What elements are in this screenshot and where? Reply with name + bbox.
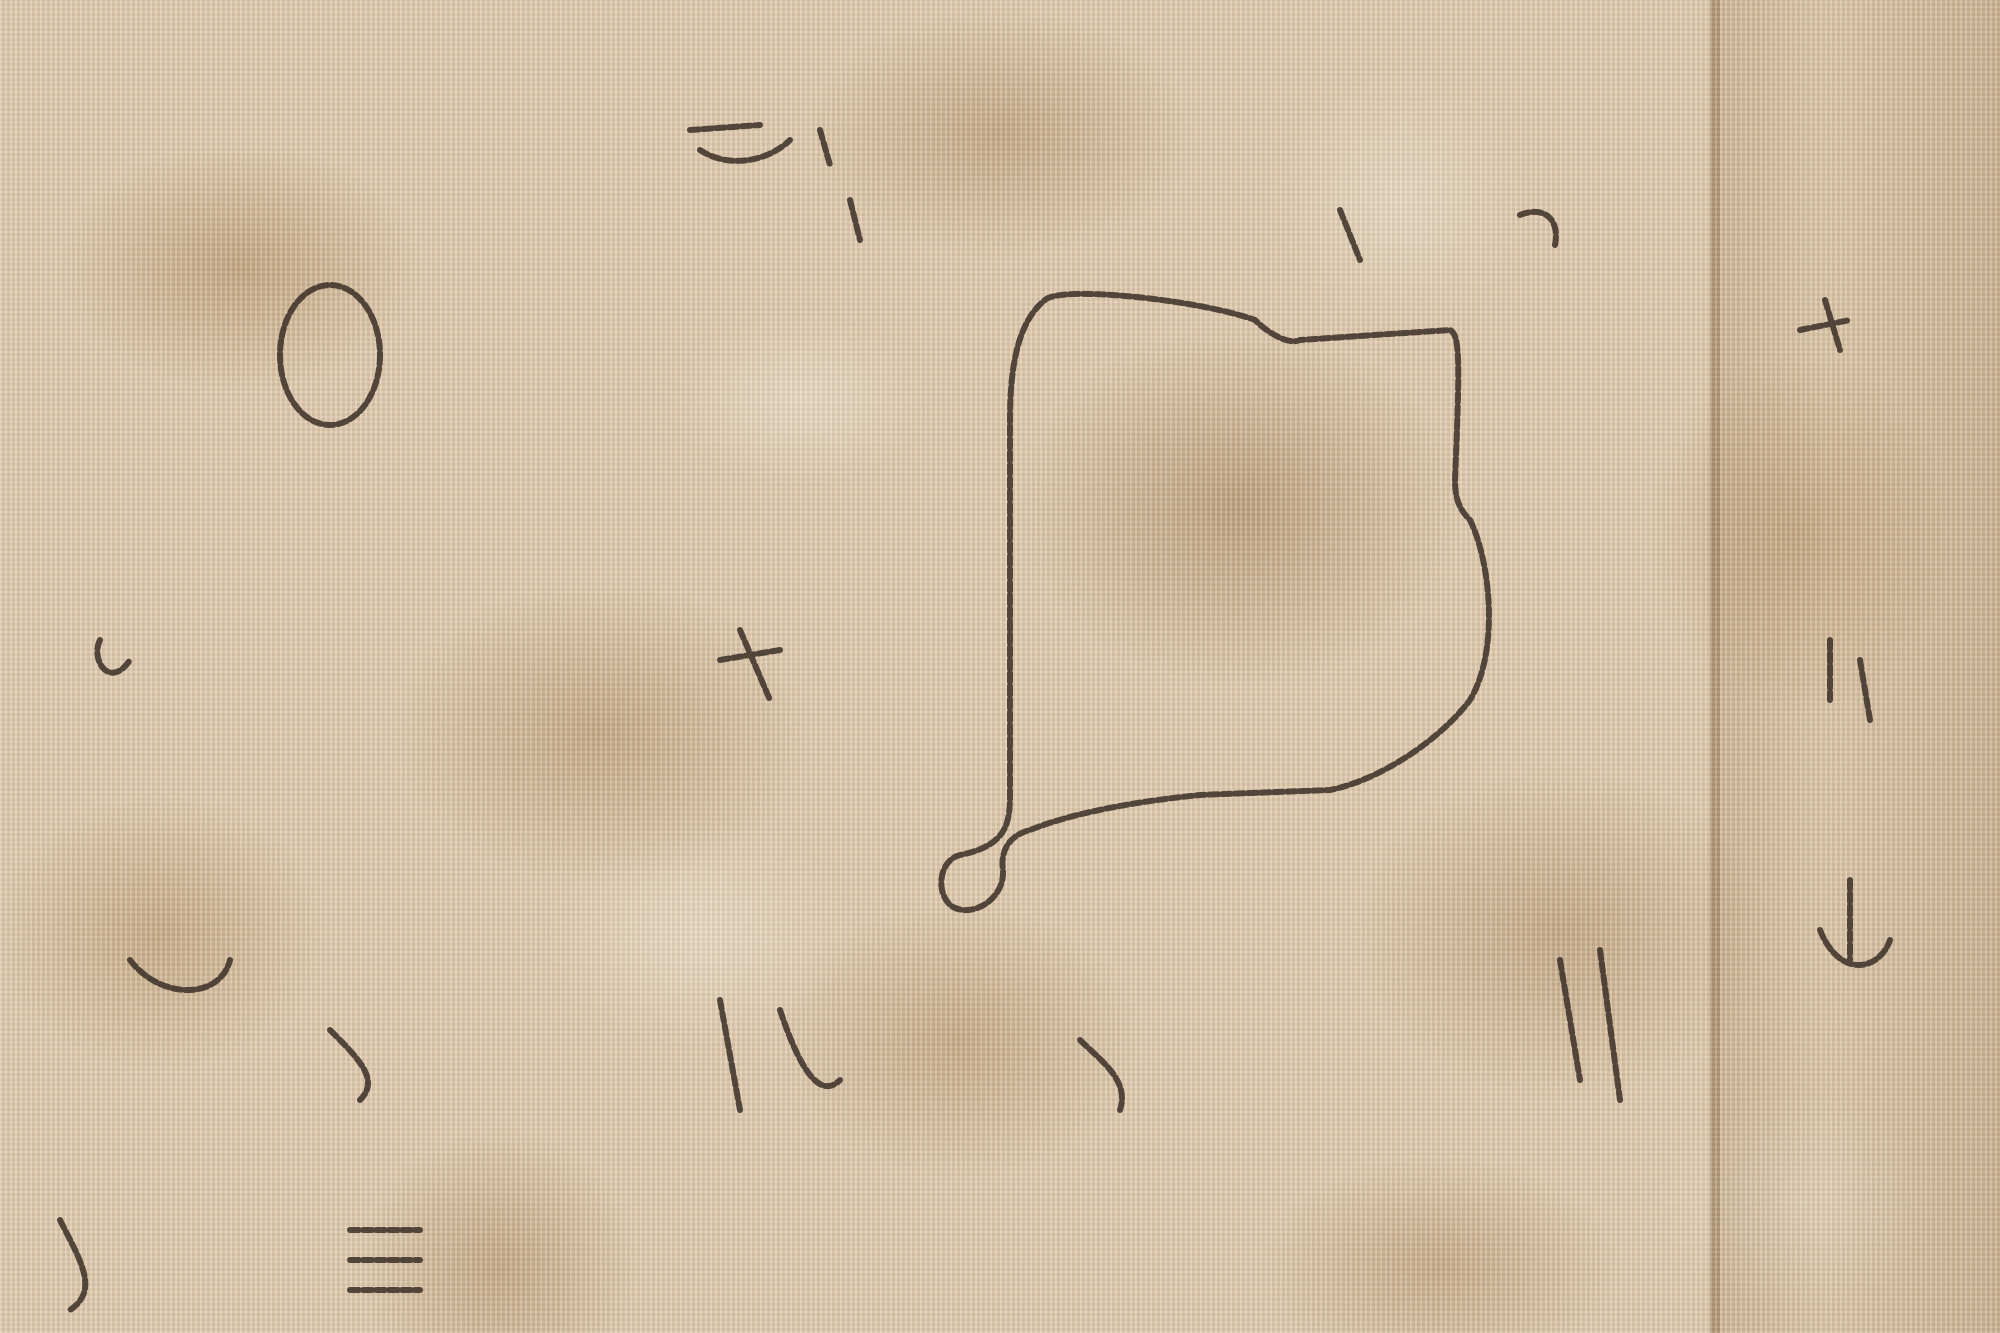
rug-motifs	[0, 0, 2000, 1333]
medallion-outline	[941, 294, 1489, 910]
rug-texture	[0, 0, 2000, 1333]
ring-motif	[280, 285, 380, 425]
